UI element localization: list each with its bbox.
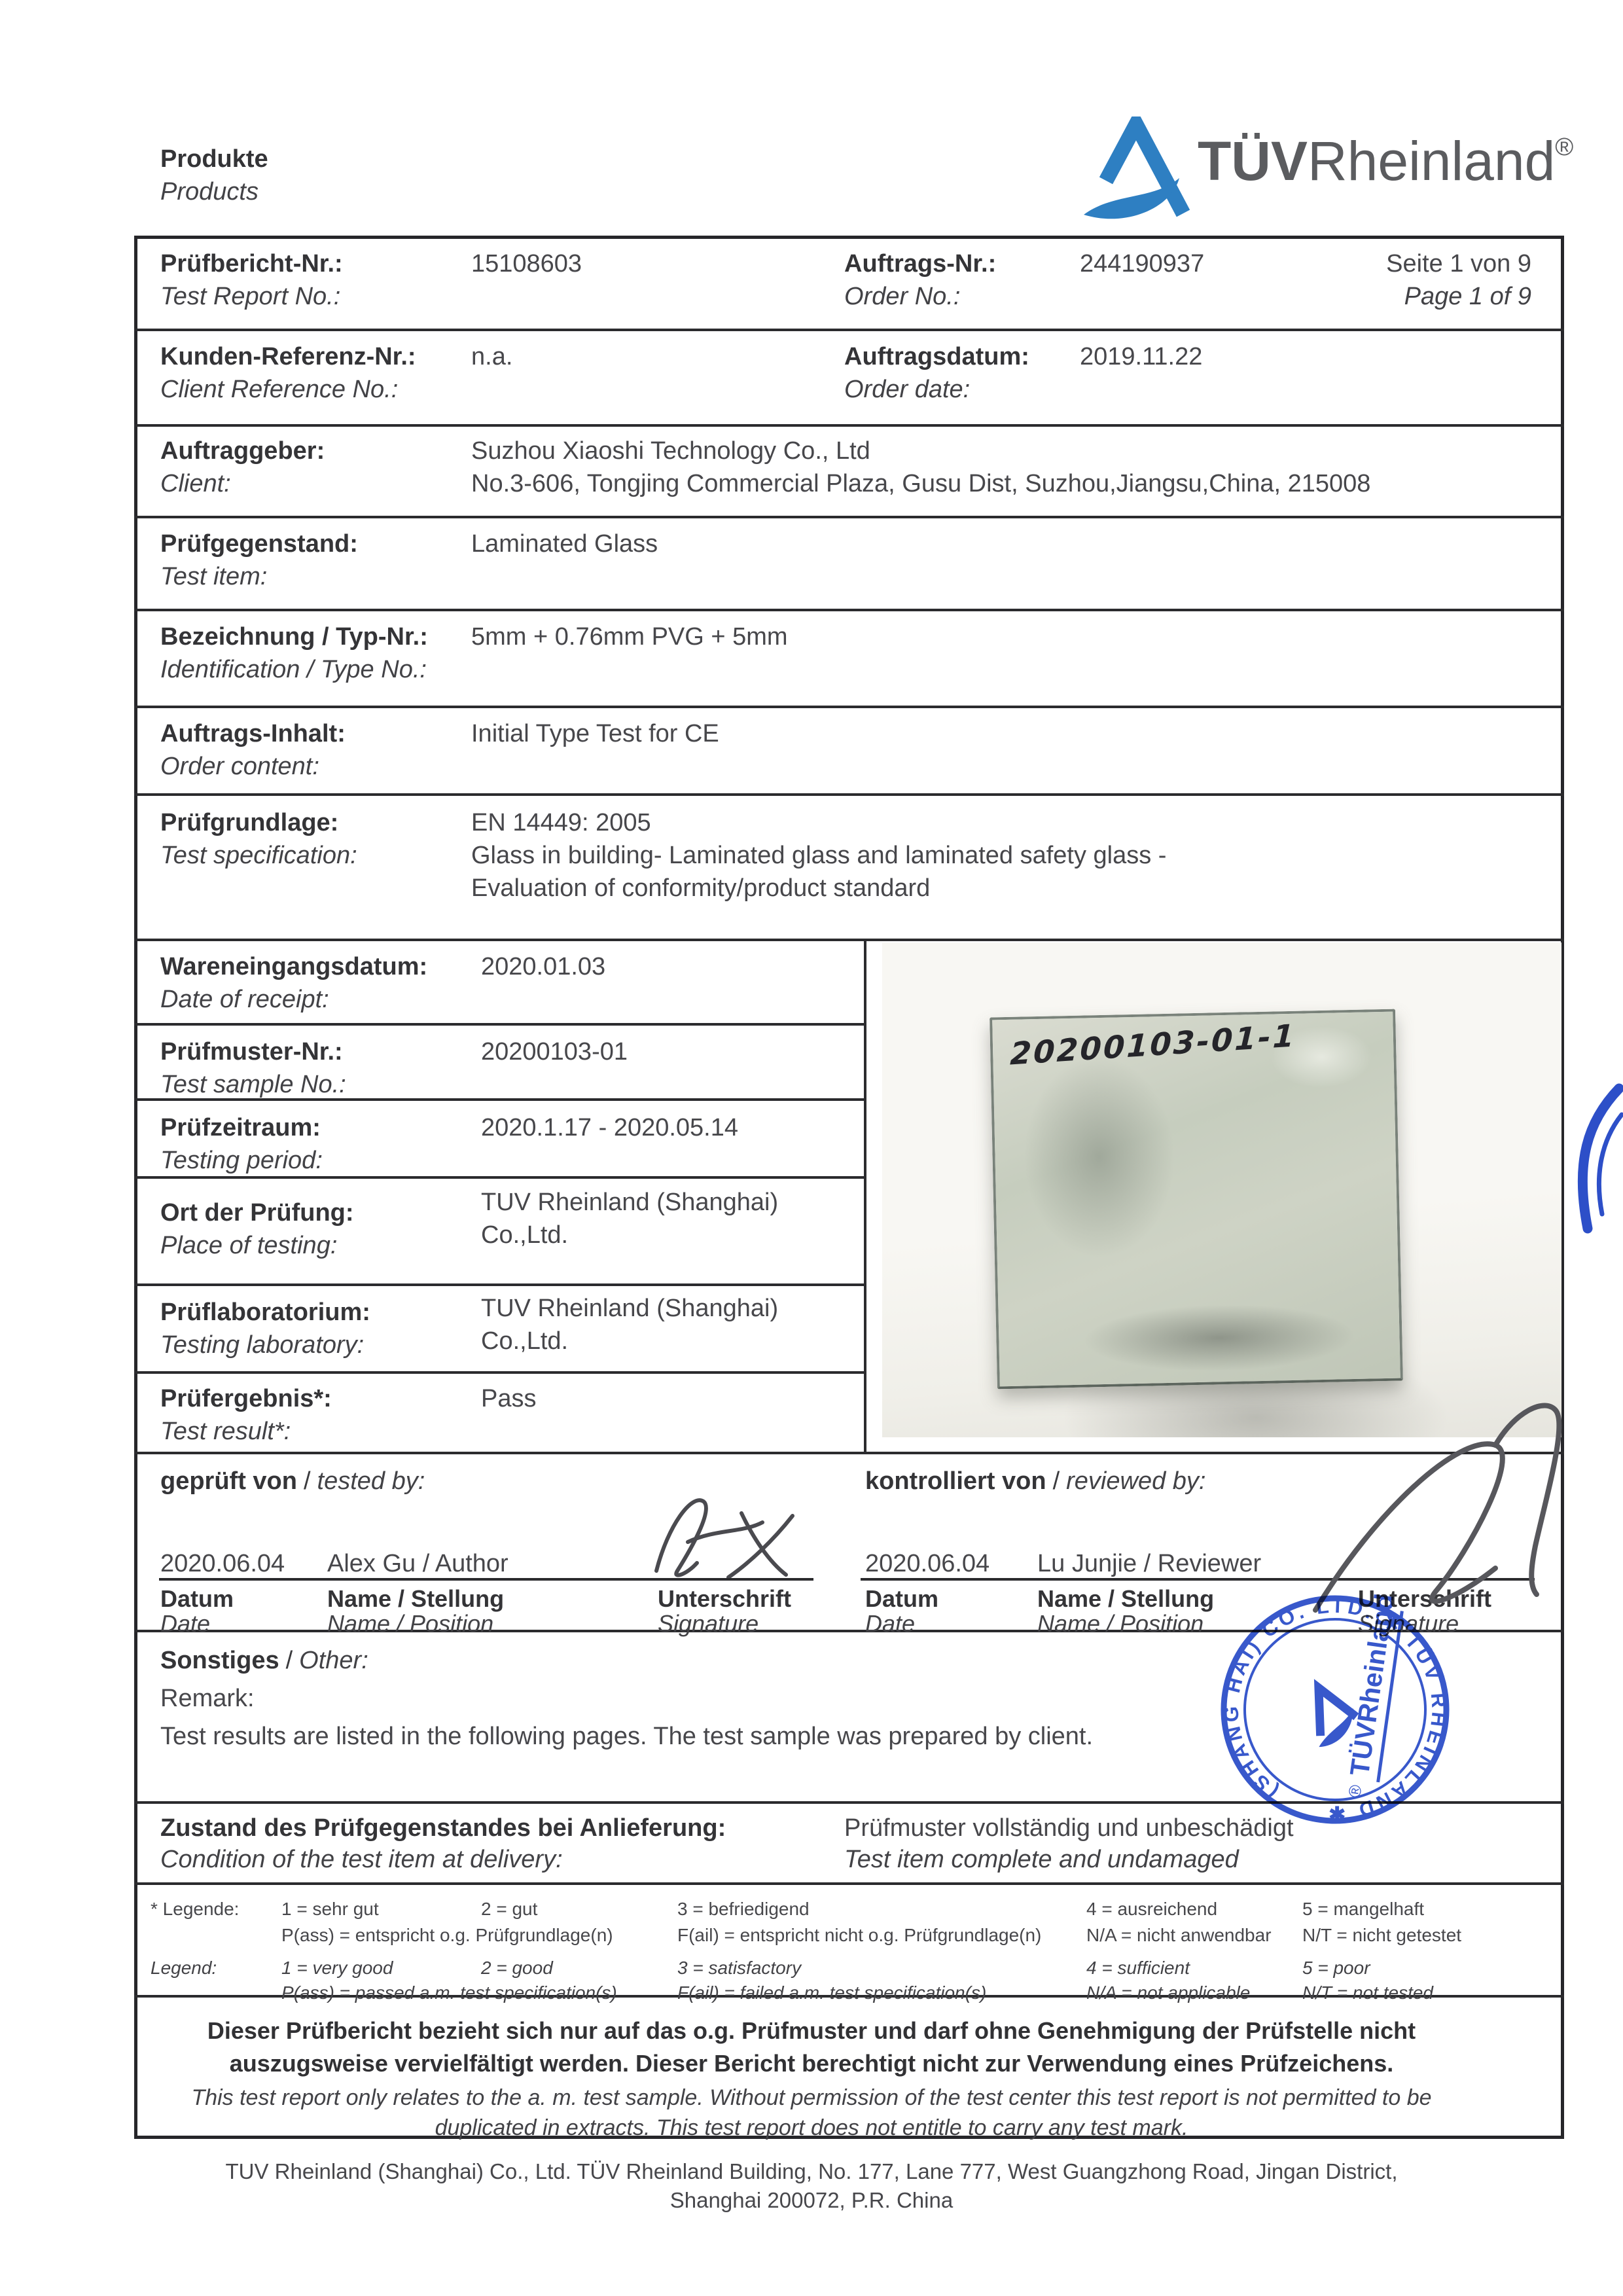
condition-label-en: Condition of the test item at delivery: (160, 1843, 563, 1876)
legend-item: N/A = not applicable (1086, 1982, 1250, 2004)
disclaimer-de-2: auszugsweise vervielfältigt werden. Dies… (0, 2050, 1623, 2077)
value-test-spec-1: EN 14449: 2005 (471, 806, 1166, 839)
legend-item: 1 = very good (281, 1957, 393, 1979)
partial-stamp-arc-icon (1569, 1083, 1623, 1234)
legend-item: 3 = satisfactory (677, 1957, 801, 1979)
tuv-rheinland-logo: TÜVRheinland® (1077, 111, 1574, 229)
divider (134, 1283, 864, 1286)
signature-line (159, 1578, 813, 1581)
document-category: Produkte Products (160, 143, 268, 208)
other-label-en: Other: (299, 1647, 368, 1674)
condition-label-de: Zustand des Prüfgegenstandes bei Anliefe… (160, 1812, 726, 1844)
value-date-receipt: 2020.01.03 (481, 950, 605, 983)
tested-signature-graphic (645, 1484, 808, 1586)
legend-label-en: Legend: (151, 1957, 217, 1979)
registered-mark: ® (1555, 134, 1573, 161)
label-report-no-de: Prüfbericht-Nr.: (160, 247, 343, 280)
label-identification-de: Bezeichnung / Typ-Nr.: (160, 620, 428, 653)
label-client-de: Auftraggeber: (160, 435, 325, 467)
label-test-item-de: Prüfgegenstand: (160, 528, 358, 560)
legend-item: N/A = nicht anwendbar (1086, 1924, 1272, 1946)
reviewed-date: 2020.06.04 (865, 1547, 990, 1580)
value-order-content: Initial Type Test for CE (471, 717, 719, 750)
legend-item: 4 = sufficient (1086, 1957, 1190, 1979)
reviewed-name: Lu Junjie / Reviewer (1037, 1547, 1261, 1580)
legend-item: P(ass) = entspricht o.g. Prüfgrundlage(n… (281, 1924, 613, 1946)
sample-photo: 20200103-01-1 (882, 942, 1561, 1437)
date-label: Date (160, 1609, 210, 1639)
value-laboratory-2: Co.,Ltd. (481, 1325, 778, 1357)
footer-line-2: Shanghai 200072, P.R. China (0, 2186, 1623, 2215)
legend-item: F(ail) = failed a.m. test specification(… (677, 1982, 986, 2004)
separator: / (304, 1467, 311, 1495)
divider (134, 939, 1564, 941)
value-laboratory-1: TUV Rheinland (Shanghai) (481, 1292, 778, 1325)
wordmark-rheinland: Rheinland (1308, 130, 1555, 192)
legend-item: P(ass) = passed a.m. test specification(… (281, 1982, 617, 2004)
name-position-label: Name / Position (327, 1609, 493, 1639)
label-place-testing-en: Place of testing: (160, 1229, 354, 1262)
legend-item: 5 = mangelhaft (1302, 1898, 1424, 1920)
value-client-address: No.3-606, Tongjing Commercial Plaza, Gus… (471, 467, 1370, 500)
separator: / (286, 1647, 293, 1674)
wordmark-tuv: TÜV (1198, 130, 1308, 192)
reviewed-by-label-de: kontrolliert von (865, 1467, 1046, 1495)
remark-text: Test results are listed in the following… (160, 1720, 1093, 1753)
label-sample-no-en: Test sample No.: (160, 1068, 346, 1101)
tested-by-label-de: geprüft von (160, 1467, 297, 1495)
label-order-content-de: Auftrags-Inhalt: (160, 717, 346, 750)
handwritten-sample-id: 20200103-01-1 (1009, 1018, 1296, 1073)
label-client-ref-de: Kunden-Referenz-Nr.: (160, 340, 416, 373)
page-info-en: Page 1 of 9 (1243, 280, 1531, 313)
stamp-ring-text: (SHANG HAI) CO. LTD. ✱ TÜV RHEINLAND ✱ (1211, 1585, 1459, 1834)
condition-value-en: Test item complete and undamaged (844, 1843, 1239, 1876)
legend-item: N/T = not tested (1302, 1982, 1433, 2004)
legend-item: F(ail) = entspricht nicht o.g. Prüfgrund… (677, 1924, 1041, 1946)
value-order-no: 244190937 (1080, 247, 1204, 280)
legend-item: 2 = gut (481, 1898, 537, 1920)
label-order-content-en: Order content: (160, 750, 346, 783)
label-order-date-en: Order date: (844, 373, 1029, 406)
label-place-testing-de: Ort der Prüfung: (160, 1196, 354, 1229)
reviewed-by-label-en: reviewed by: (1066, 1467, 1205, 1495)
remark-label: Remark: (160, 1682, 255, 1715)
value-test-item: Laminated Glass (471, 528, 658, 560)
label-identification-en: Identification / Type No.: (160, 653, 428, 686)
label-client-en: Client: (160, 467, 325, 500)
disclaimer-de-1: Dieser Prüfbericht bezieht sich nur auf … (0, 2017, 1623, 2045)
legend-item: 1 = sehr gut (281, 1898, 379, 1920)
tested-by-label-en: tested by: (317, 1467, 425, 1495)
label-client-ref-en: Client Reference No.: (160, 373, 416, 406)
divider (134, 1882, 1564, 1885)
tested-date: 2020.06.04 (160, 1547, 285, 1580)
label-result-en: Test result*: (160, 1415, 332, 1448)
divider (134, 1023, 864, 1026)
tuv-wordmark: TÜVRheinland® (1198, 130, 1573, 193)
legend-item: 2 = good (481, 1957, 553, 1979)
divider (134, 793, 1564, 796)
stamp-registered: ® (1344, 1784, 1365, 1799)
column-divider (864, 939, 866, 1452)
produkte-label: Produkte (160, 143, 268, 175)
value-identification: 5mm + 0.76mm PVG + 5mm (471, 620, 788, 653)
divider (134, 609, 1564, 611)
label-date-receipt-de: Wareneingangsdatum: (160, 950, 427, 983)
label-sample-no-de: Prüfmuster-Nr.: (160, 1035, 346, 1068)
value-sample-no: 20200103-01 (481, 1035, 628, 1068)
legend-item: 5 = poor (1302, 1957, 1370, 1979)
separator: / (1053, 1467, 1060, 1495)
label-test-spec-en: Test specification: (160, 839, 357, 872)
divider (134, 516, 1564, 518)
label-date-receipt-en: Date of receipt: (160, 983, 427, 1016)
label-order-date-de: Auftragsdatum: (844, 340, 1029, 373)
date-label: Date (865, 1609, 915, 1639)
scanned-test-report-page: Produkte Products TÜVRheinland® Prüfberi… (0, 0, 1623, 2296)
disclaimer-en-2: duplicated in extracts. This test report… (0, 2115, 1623, 2141)
company-stamp: (SHANG HAI) CO. LTD. ✱ TÜV RHEINLAND ✱ T… (1211, 1585, 1459, 1834)
label-laboratory-en: Testing laboratory: (160, 1329, 370, 1361)
label-result-de: Prüfergebnis*: (160, 1382, 332, 1415)
products-label: Products (160, 175, 268, 208)
name-position-label: Name / Position (1037, 1609, 1204, 1639)
legend-label-de: * Legende: (151, 1898, 239, 1920)
value-order-date: 2019.11.22 (1080, 340, 1202, 373)
value-place-testing-2: Co.,Ltd. (481, 1219, 778, 1251)
label-test-period-de: Prüfzeitraum: (160, 1111, 323, 1144)
page-info-de: Seite 1 von 9 (1243, 247, 1531, 280)
value-test-spec-3: Evaluation of conformity/product standar… (471, 872, 1166, 905)
divider (134, 424, 1564, 427)
label-test-period-en: Testing period: (160, 1144, 323, 1177)
disclaimer-en-1: This test report only relates to the a. … (0, 2085, 1623, 2111)
value-place-testing-1: TUV Rheinland (Shanghai) (481, 1186, 778, 1219)
label-order-no-de: Auftrags-Nr.: (844, 247, 996, 280)
other-label-de: Sonstiges (160, 1647, 279, 1674)
label-test-item-en: Test item: (160, 560, 358, 593)
label-report-no-en: Test Report No.: (160, 280, 343, 313)
label-order-no-en: Order No.: (844, 280, 996, 313)
label-test-spec-de: Prüfgrundlage: (160, 806, 357, 839)
glass-sample-image: 20200103-01-1 (990, 1009, 1403, 1390)
value-client-ref: n.a. (471, 340, 512, 373)
legend-item: N/T = nicht getestet (1302, 1924, 1461, 1946)
condition-value-de: Prüfmuster vollständig und unbeschädigt (844, 1812, 1294, 1844)
value-result: Pass (481, 1382, 536, 1415)
legend-item: 3 = befriedigend (677, 1898, 810, 1920)
divider (134, 706, 1564, 708)
divider (134, 329, 1564, 331)
tested-name: Alex Gu / Author (327, 1547, 508, 1580)
value-report-no: 15108603 (471, 247, 582, 280)
label-laboratory-de: Prüflaboratorium: (160, 1296, 370, 1329)
tuv-triangle-icon (1080, 117, 1191, 228)
divider (134, 1371, 864, 1374)
value-test-period: 2020.1.17 - 2020.05.14 (481, 1111, 738, 1144)
value-client-name: Suzhou Xiaoshi Technology Co., Ltd (471, 435, 1370, 467)
value-test-spec-2: Glass in building- Laminated glass and l… (471, 839, 1166, 872)
legend-item: 4 = ausreichend (1086, 1898, 1217, 1920)
svg-text:(SHANG HAI) CO. LTD. ✱ TÜV R: (SHANG HAI) CO. LTD. ✱ TÜV RHEINLAND ✱ (1211, 1585, 1459, 1834)
footer-line-1: TUV Rheinland (Shanghai) Co., Ltd. TÜV R… (0, 2157, 1623, 2186)
signature-label: Signature (658, 1609, 758, 1639)
